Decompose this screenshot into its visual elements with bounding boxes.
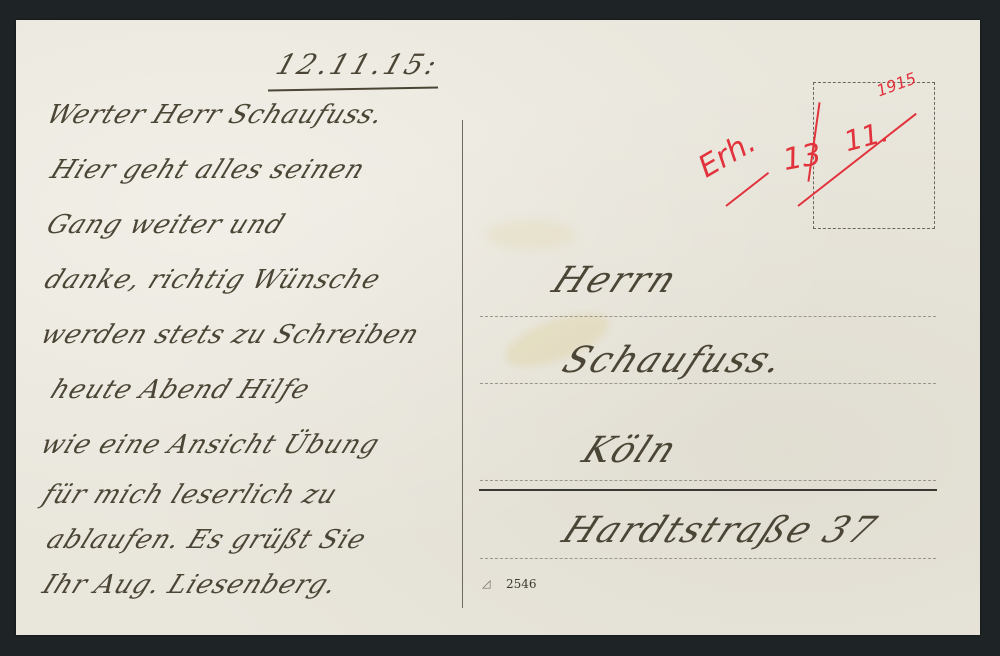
postcard: 12.11.15: Werter Herr Schaufuss. Hier ge…	[16, 20, 980, 635]
message-line: für mich leserlich zu	[38, 480, 342, 510]
received-label: Erh.	[693, 125, 762, 185]
message-line: Gang weiter und	[42, 210, 290, 240]
received-day: 13	[780, 137, 824, 178]
paper-stain	[486, 220, 576, 250]
signature: Ihr Aug. Liesenberg.	[38, 570, 342, 600]
message-line: Hier geht alles seinen	[46, 155, 370, 185]
recipient-name: Schaufuss.	[556, 340, 792, 381]
printed-card-number: 2546	[506, 577, 537, 591]
message-line: Werter Herr Schaufuss.	[42, 100, 389, 130]
address-rule	[479, 489, 937, 491]
address-line	[480, 480, 936, 481]
message-line: werden stets zu Schreiben	[36, 320, 424, 350]
written-date: 12.11.15:	[272, 48, 444, 81]
vertical-divider	[462, 120, 463, 608]
recipient-salutation: Herrn	[546, 260, 685, 301]
message-line: danke, richtig Wünsche	[40, 265, 386, 295]
date-underline	[268, 87, 438, 92]
recipient-city: Köln	[576, 430, 685, 471]
address-line	[480, 316, 936, 317]
message-line: wie eine Ansicht Übung	[36, 430, 384, 460]
printer-mark-icon: ◿	[482, 577, 490, 590]
recipient-street: Hardtstraße 37	[556, 510, 884, 551]
address-line	[480, 558, 936, 559]
received-underline	[725, 172, 769, 207]
message-line: heute Abend Hilfe	[46, 375, 315, 405]
stamp-placeholder-box	[813, 82, 935, 229]
address-line	[480, 383, 936, 384]
message-line: ablaufen. Es grüßt Sie	[42, 525, 371, 555]
